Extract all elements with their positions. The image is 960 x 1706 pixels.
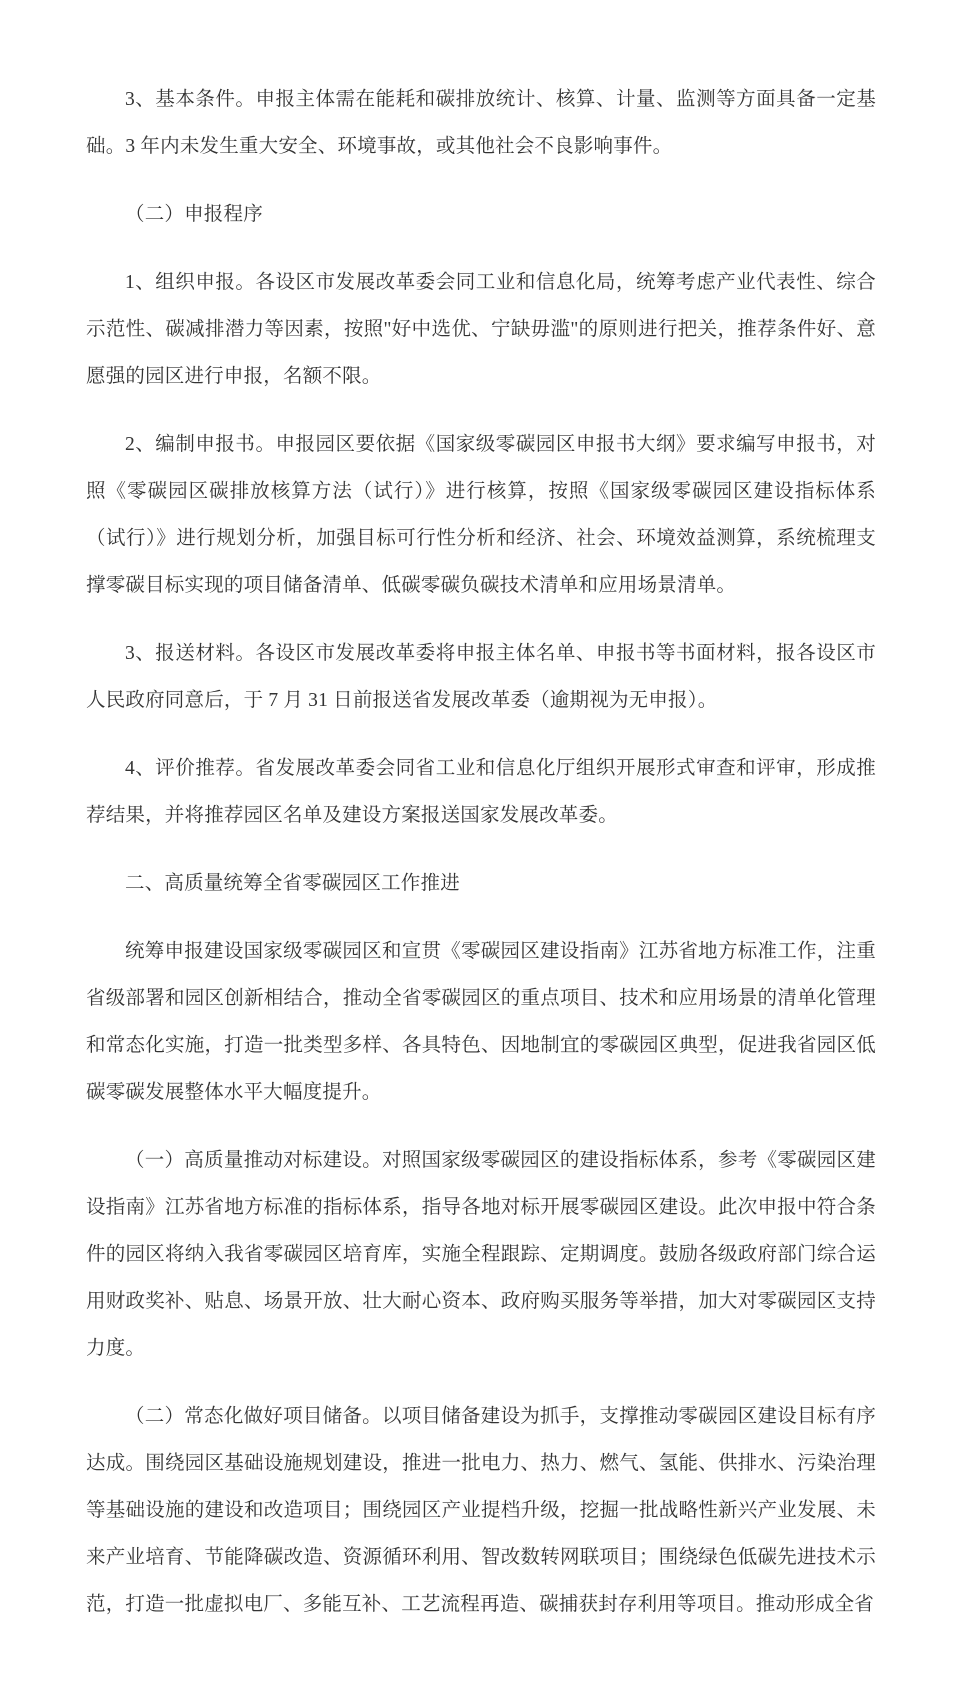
section-heading-application-procedure: （二）申报程序 bbox=[86, 191, 876, 238]
section-heading-province-coordination: 二、高质量统筹全省零碳园区工作推进 bbox=[86, 860, 876, 907]
paragraph-basic-conditions: 3、基本条件。申报主体需在能耗和碳排放统计、核算、计量、监测等方面具备一定基础。… bbox=[86, 76, 876, 170]
paragraph-project-reserve: （二）常态化做好项目储备。以项目储备建设为抓手，支撑推动零碳园区建设目标有序达成… bbox=[86, 1393, 876, 1628]
document-page: 3、基本条件。申报主体需在能耗和碳排放统计、核算、计量、监测等方面具备一定基础。… bbox=[0, 0, 960, 1706]
paragraph-submit-materials: 3、报送材料。各设区市发展改革委将申报主体名单、申报书等书面材料，报各设区市人民… bbox=[86, 630, 876, 724]
paragraph-organize-application: 1、组织申报。各设区市发展改革委会同工业和信息化局，统筹考虑产业代表性、综合示范… bbox=[86, 259, 876, 400]
paragraph-evaluation-recommendation: 4、评价推荐。省发展改革委会同省工业和信息化厅组织开展形式审查和评审，形成推荐结… bbox=[86, 745, 876, 839]
paragraph-prepare-application: 2、编制申报书。申报园区要依据《国家级零碳园区申报书大纲》要求编写申报书，对照《… bbox=[86, 421, 876, 609]
paragraph-overall-coordination: 统筹申报建设国家级零碳园区和宣贯《零碳园区建设指南》江苏省地方标准工作，注重省级… bbox=[86, 928, 876, 1116]
paragraph-benchmark-construction: （一）高质量推动对标建设。对照国家级零碳园区的建设指标体系，参考《零碳园区建设指… bbox=[86, 1137, 876, 1372]
